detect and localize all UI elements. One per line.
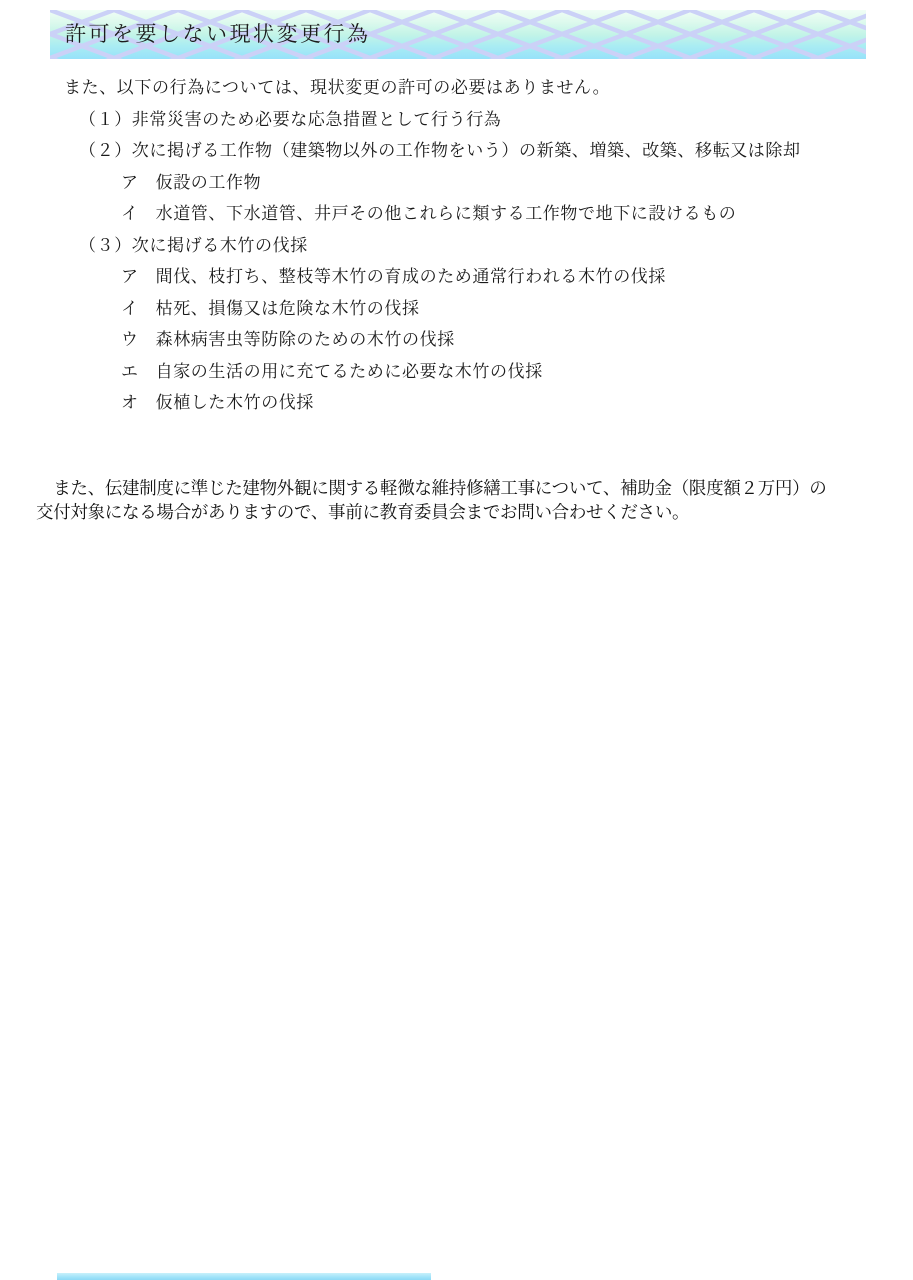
subitem-text: 森林病害虫等防除のための木竹の伐採 bbox=[156, 330, 455, 349]
list-subitem: オ仮植した木竹の伐採 bbox=[121, 387, 913, 419]
list-subitem: イ枯死、損傷又は危険な木竹の伐採 bbox=[121, 293, 913, 325]
intro-text: また、以下の行為については、現状変更の許可の必要はありません。 bbox=[64, 72, 913, 104]
subitem-text: 自家の生活の用に充てるために必要な木竹の伐採 bbox=[156, 362, 543, 381]
subitem-label: イ bbox=[121, 293, 139, 325]
subitem-label: ア bbox=[121, 167, 139, 199]
list-item: （３）次に掲げる木竹の伐採 bbox=[79, 230, 913, 262]
footer-band-partial bbox=[57, 1273, 431, 1280]
list-item: （１）非常災害のため必要な応急措置として行う行為 bbox=[79, 104, 913, 136]
list-subitem: イ水道管、下水道管、井戸その他これらに類する工作物で地下に設けるもの bbox=[121, 198, 913, 230]
item-list: （１）非常災害のため必要な応急措置として行う行為（２）次に掲げる工作物（建築物以… bbox=[0, 104, 913, 419]
list-subitem: ア仮設の工作物 bbox=[121, 167, 913, 199]
subitem-text: 水道管、下水道管、井戸その他これらに類する工作物で地下に設けるもの bbox=[156, 204, 737, 223]
subitem-text: 仮設の工作物 bbox=[156, 173, 262, 192]
subitem-label: ア bbox=[121, 261, 139, 293]
note-paragraph: また、伝建制度に準じた建物外観に関する軽微な維持修繕工事について、補助金（限度額… bbox=[36, 476, 883, 524]
document-page: 許可を要しない現状変更行為 また、以下の行為については、現状変更の許可の必要はあ… bbox=[0, 0, 913, 1280]
subitem-label: イ bbox=[121, 198, 139, 230]
body-content: また、以下の行為については、現状変更の許可の必要はありません。 （１）非常災害の… bbox=[0, 60, 913, 524]
list-subitem: ウ森林病害虫等防除のための木竹の伐採 bbox=[121, 324, 913, 356]
list-subitem: ア間伐、枝打ち、整枝等木竹の育成のため通常行われる木竹の伐採 bbox=[121, 261, 913, 293]
subitem-label: オ bbox=[121, 387, 139, 419]
list-subitem: エ自家の生活の用に充てるために必要な木竹の伐採 bbox=[121, 356, 913, 388]
subitem-text: 仮植した木竹の伐採 bbox=[156, 393, 314, 412]
list-item: （２）次に掲げる工作物（建築物以外の工作物をいう）の新築、増築、改築、移転又は除… bbox=[79, 135, 913, 167]
subitem-label: ウ bbox=[121, 324, 139, 356]
header-band: 許可を要しない現状変更行為 bbox=[50, 10, 866, 59]
subitem-text: 枯死、損傷又は危険な木竹の伐採 bbox=[156, 299, 420, 318]
note-line: 交付対象になる場合がありますので、事前に教育委員会までお問い合わせください。 bbox=[36, 500, 883, 524]
note-line: また、伝建制度に準じた建物外観に関する軽微な維持修繕工事について、補助金（限度額… bbox=[36, 476, 883, 500]
page-title: 許可を要しない現状変更行為 bbox=[50, 10, 866, 59]
subitem-label: エ bbox=[121, 356, 139, 388]
subitem-text: 間伐、枝打ち、整枝等木竹の育成のため通常行われる木竹の伐採 bbox=[156, 267, 666, 286]
